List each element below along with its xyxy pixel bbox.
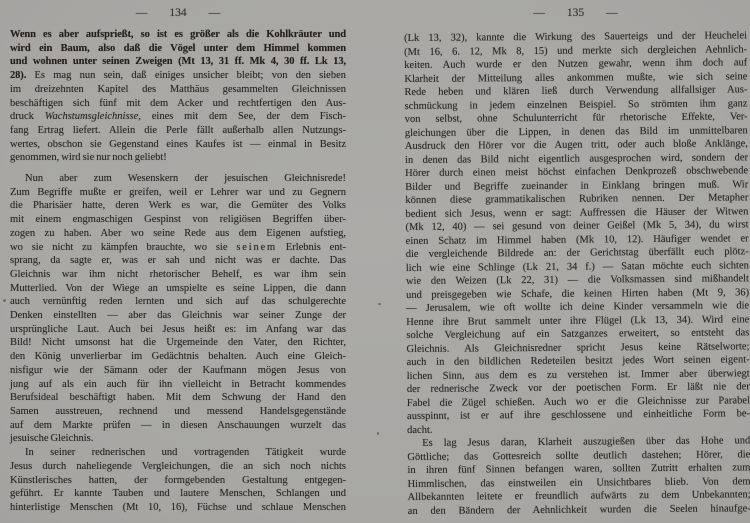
text-run: und wohnen unter seinen Zweigen (Mt 13, … <box>10 56 346 67</box>
text-line: und wohnen unter seinen Zweigen (Mt 13, … <box>10 55 346 69</box>
text-line: sprang, da sagte er, was er sah und nich… <box>10 254 346 268</box>
text-run: die vergleichende Bildrede an: der Geric… <box>406 246 749 260</box>
text-run: wo sie nicht zu kämpfen brauchte, wo sie <box>10 242 236 253</box>
text-line: Nun aber zum Wesenskern der jesuischen G… <box>10 172 346 186</box>
text-run: lich wie eine Schlinge (Lk 21, 34 f.) — … <box>406 260 749 274</box>
text-line: wertes, obschon sie Gegenstand eines Kau… <box>10 138 346 152</box>
text-run: (Lk 13, 32), kannte die Wirkung des Saue… <box>404 30 747 44</box>
text-line: ausspinnt, ist er auf ihre geschlossene … <box>407 407 750 423</box>
text-run: gleichungen über die Lippen, in denen da… <box>405 125 748 139</box>
text-run: Berufsideal beschäftigt haben. Mit dem S… <box>10 392 346 403</box>
text-run: an den Bändern der Aehnlichkeit wurden d… <box>408 503 750 517</box>
book-spread: — 134 — Wenn es aber aufsprießt, so ist … <box>0 0 750 523</box>
text-run: In seiner rednerischen und vortragenden … <box>25 447 346 458</box>
text-run: beschäftigen sich fünf mit dem Acker und… <box>10 98 346 109</box>
text-run: wie den Weizen (Lk 22, 31) — die Volksma… <box>406 273 749 287</box>
header-dash-left: — <box>533 7 545 19</box>
text-line: hinterlistige Menschen (Mt 10, 16), Füch… <box>10 501 346 515</box>
text-run: Künstlerisches hatten, der formgebenden … <box>10 475 346 486</box>
text-line: fang Ertrag liefert. Allein die Perle fä… <box>10 124 346 138</box>
text-run: auf dem Markte prüfen — in diesen Anscha… <box>10 420 346 431</box>
header-dash-left: — <box>136 7 148 19</box>
text-run: genommen, wird sie nur noch geliebt! <box>10 152 167 163</box>
text-run: Es lag Jesus daran, Klarheit auszugießen… <box>422 435 750 449</box>
text-run: Rede heben und klären ließ durch Verwend… <box>404 84 747 98</box>
header-dash-right: — <box>209 7 221 19</box>
text-line: wo sie nicht zu kämpfen brauchte, wo sie… <box>10 241 346 255</box>
text-run: auch vernünftig reden lernten und sich a… <box>10 296 346 307</box>
text-line: Wenn es aber aufsprießt, so ist es größe… <box>10 28 346 42</box>
text-run: der rednerische Zweck vor der poetischen… <box>407 381 750 395</box>
text-line: Zum Begriffe mußte er greifen, weil er L… <box>10 186 346 200</box>
text-run: den König unverlierbar im Gedächtnis beh… <box>10 351 346 362</box>
text-run: in denen das Bild nicht eigentlich ausge… <box>405 152 748 166</box>
text-run: Zum Begriffe mußte er greifen, weil er L… <box>10 187 346 198</box>
page-134: — 134 — Wenn es aber aufsprießt, so ist … <box>10 5 346 515</box>
text-run: Hörer durch einen meist höchst einfachen… <box>405 165 748 179</box>
page-text-block: Wenn es aber aufsprießt, so ist es größe… <box>10 28 346 515</box>
text-run: jesuische Gleichnis. <box>10 433 93 444</box>
text-run: auch in den bildlichen Redeteilen besitz… <box>407 354 750 368</box>
text-run: Klarheit der Mitteilung alles ankommen m… <box>404 71 747 85</box>
text-line: Samen ausstreuen, rechnend und messend H… <box>10 405 346 419</box>
text-run: ursprüngliche Laut. Auch bei Jesus heißt… <box>10 324 346 335</box>
text-line: mit einem engmaschigen Gespinst von reli… <box>10 213 346 227</box>
text-run: geführt. Er kannte Tauben und lautere Me… <box>10 488 346 499</box>
text-run: Es mag nun sein, daß einiges unsicher bl… <box>26 70 346 81</box>
text-run: von selbst, ohne Schulunterricht für rhe… <box>405 111 748 125</box>
text-line: jesuische Gleichnis. <box>10 432 346 446</box>
text-line: auf dem Markte prüfen — in diesen Anscha… <box>10 419 346 433</box>
text-run: einen Schatz im Himmel haben (Mk 10, 12)… <box>406 233 749 247</box>
text-run: sprang, da sagte er, was er sah und nich… <box>10 255 346 266</box>
text-run: Gleichnis war ihm nicht rhetorischer Beh… <box>10 269 346 280</box>
text-line: an den Bändern der Aehnlichkeit wurden d… <box>408 502 750 518</box>
scan-speck <box>378 303 381 305</box>
text-run: — Jerusalem, wie oft wollte ich deine Ki… <box>406 300 749 314</box>
scan-speck <box>3 299 6 302</box>
text-line: wird ein Baum, also daß die Vögel unter … <box>10 42 346 56</box>
text-run: ausspinnt, ist er auf ihre geschlossene … <box>407 408 750 422</box>
text-run: Gleichnis. Als Gleichnisredner spricht J… <box>406 341 749 355</box>
text-run: Göttliche; das Gottesreich sollte deutli… <box>407 449 750 463</box>
text-run: die Pharisäer hatte, deren Werk es war, … <box>10 200 346 211</box>
page-number: 134 <box>169 7 186 19</box>
text-line: Gleichnis war ihm nicht rhetorischer Beh… <box>10 268 346 282</box>
text-line: beschäftigen sich fünf mit dem Acker und… <box>10 97 346 111</box>
text-run: nisfigur wie der Sämann oder der Kaufman… <box>10 365 346 376</box>
text-line: im dreizehnten Kapitel des Matthäus gesa… <box>10 83 346 97</box>
header-dash-right: — <box>606 7 618 19</box>
text-run: Nun aber zum Wesenskern der jesuischen G… <box>25 173 346 184</box>
text-run: Henne ihre Brut sammelt unter ihre Flüge… <box>406 314 749 328</box>
text-run: und preisgegeben wie Schafe, die keinen … <box>406 287 749 301</box>
text-run: Erlebnis ent- <box>277 242 346 253</box>
text-line: den König unverlierbar im Gedächtnis beh… <box>10 350 346 364</box>
page-header: — 135 — <box>404 5 747 20</box>
text-line: nisfigur wie der Sämann oder der Kaufman… <box>10 364 346 378</box>
text-line: geführt. Er kannte Tauben und lautere Me… <box>10 487 346 501</box>
text-run: fang Ertrag liefert. Allein die Perle fä… <box>10 125 346 136</box>
text-line: Bild! Nicht umsonst hat die Urgemeinde d… <box>10 336 346 350</box>
text-run: (Mk 12, 40) — sei gesund von deiner Geiß… <box>405 219 748 233</box>
page-header: — 134 — <box>10 5 346 20</box>
text-line: Künstlerisches hatten, der formgebenden … <box>10 474 346 488</box>
text-run: jung auf als ein auch für ihn vielleicht… <box>10 379 346 390</box>
text-run: seinem <box>236 242 277 253</box>
text-run: Wenn es aber aufsprießt, so ist es größe… <box>10 29 346 40</box>
text-line: Jesus durch naheliegende Vergleichungen,… <box>10 460 346 474</box>
text-line: ursprüngliche Laut. Auch bei Jesus heißt… <box>10 323 346 337</box>
text-line: die Pharisäer hatte, deren Werk es war, … <box>10 199 346 213</box>
text-line: druck Wachstumsgleichnisse, eines mit de… <box>10 110 346 124</box>
text-run: mit einem engmaschigen Gespinst von reli… <box>10 214 346 225</box>
text-run: wird ein Baum, also daß die Vögel unter … <box>10 43 346 54</box>
text-run: Himmlischen, das einstweilen ein Unsicht… <box>408 476 750 490</box>
text-run: Ausdruck den Hörer vor die Augen tritt, … <box>405 138 748 152</box>
text-run: lichen Sinn, aus dem es zu verstehen ist… <box>407 368 750 382</box>
text-line: zogen zu haben. Aber wo seine Rede aus d… <box>10 227 346 241</box>
text-line: Denken einstellten — aber das Gleichnis … <box>10 309 346 323</box>
text-run: Bild! Nicht umsonst hat die Urgemeinde d… <box>10 337 346 348</box>
text-run: eines mit dem See, der dem Fisch- <box>141 111 346 122</box>
text-line: jung auf als ein auch für ihn vielleicht… <box>10 378 346 392</box>
text-run: dacht. <box>407 424 432 435</box>
text-run: zogen zu haben. Aber wo seine Rede aus d… <box>10 228 346 239</box>
text-run: bedient sich Jesus, wenn er sagt: Auffre… <box>405 206 748 220</box>
text-line: Berufsideal beschäftigt haben. Mit dem S… <box>10 391 346 405</box>
page-text-block: (Lk 13, 32), kannte die Wirkung des Saue… <box>404 29 750 518</box>
scan-speck <box>377 432 379 435</box>
text-line: genommen, wird sie nur noch geliebt! <box>10 151 346 165</box>
text-run: im dreizehnten Kapitel des Matthäus gesa… <box>10 84 346 95</box>
page-135: — 135 — (Lk 13, 32), kannte die Wirkung … <box>404 5 747 518</box>
text-line: 28). Es mag nun sein, daß einiges unsich… <box>10 69 346 83</box>
text-run: hinterlistige Menschen (Mt 10, 16), Füch… <box>10 502 346 513</box>
text-run: Fabel die Zügel schießen. Auch wo er die… <box>407 395 750 409</box>
text-run: Bilder und Begriffe zueinander in Einkla… <box>405 179 748 193</box>
text-run: druck <box>10 111 45 122</box>
text-run: Mutterlied. Von der Wiege an umspielte e… <box>10 283 346 294</box>
text-run: in ihren fünf Sinnen befangen waren, sol… <box>407 462 750 476</box>
text-run: solche Vergleichung auf ein Satzganzes e… <box>406 327 749 341</box>
text-line: Mutterlied. Von der Wiege an umspielte e… <box>10 282 346 296</box>
text-run: können diese grammatikalischen Rubriken … <box>405 192 748 206</box>
text-run: schmückung in jedem einzelnen Beispiel. … <box>405 98 748 112</box>
text-run: wertes, obschon sie Gegenstand eines Kau… <box>10 139 346 150</box>
text-run: Allbekannten leitete er freundlich aufwä… <box>408 489 750 503</box>
text-run: 28). <box>10 70 26 81</box>
text-run: Samen ausstreuen, rechnend und messend H… <box>10 406 346 417</box>
text-run: Jesus durch naheliegende Vergleichungen,… <box>10 461 346 472</box>
text-line: auch vernünftig reden lernten und sich a… <box>10 295 346 309</box>
text-line: In seiner rednerischen und vortragenden … <box>10 446 346 460</box>
page-number: 135 <box>567 7 584 19</box>
text-run: keiten. Auch wurde er den Nutzen gewahr,… <box>404 57 747 71</box>
text-run: (Mt 16, 6. 12, Mk 8, 15) und merkte sich… <box>404 44 747 58</box>
text-run: Wachstumsgleichnisse, <box>45 111 141 122</box>
text-run: Denken einstellten — aber das Gleichnis … <box>10 310 346 321</box>
